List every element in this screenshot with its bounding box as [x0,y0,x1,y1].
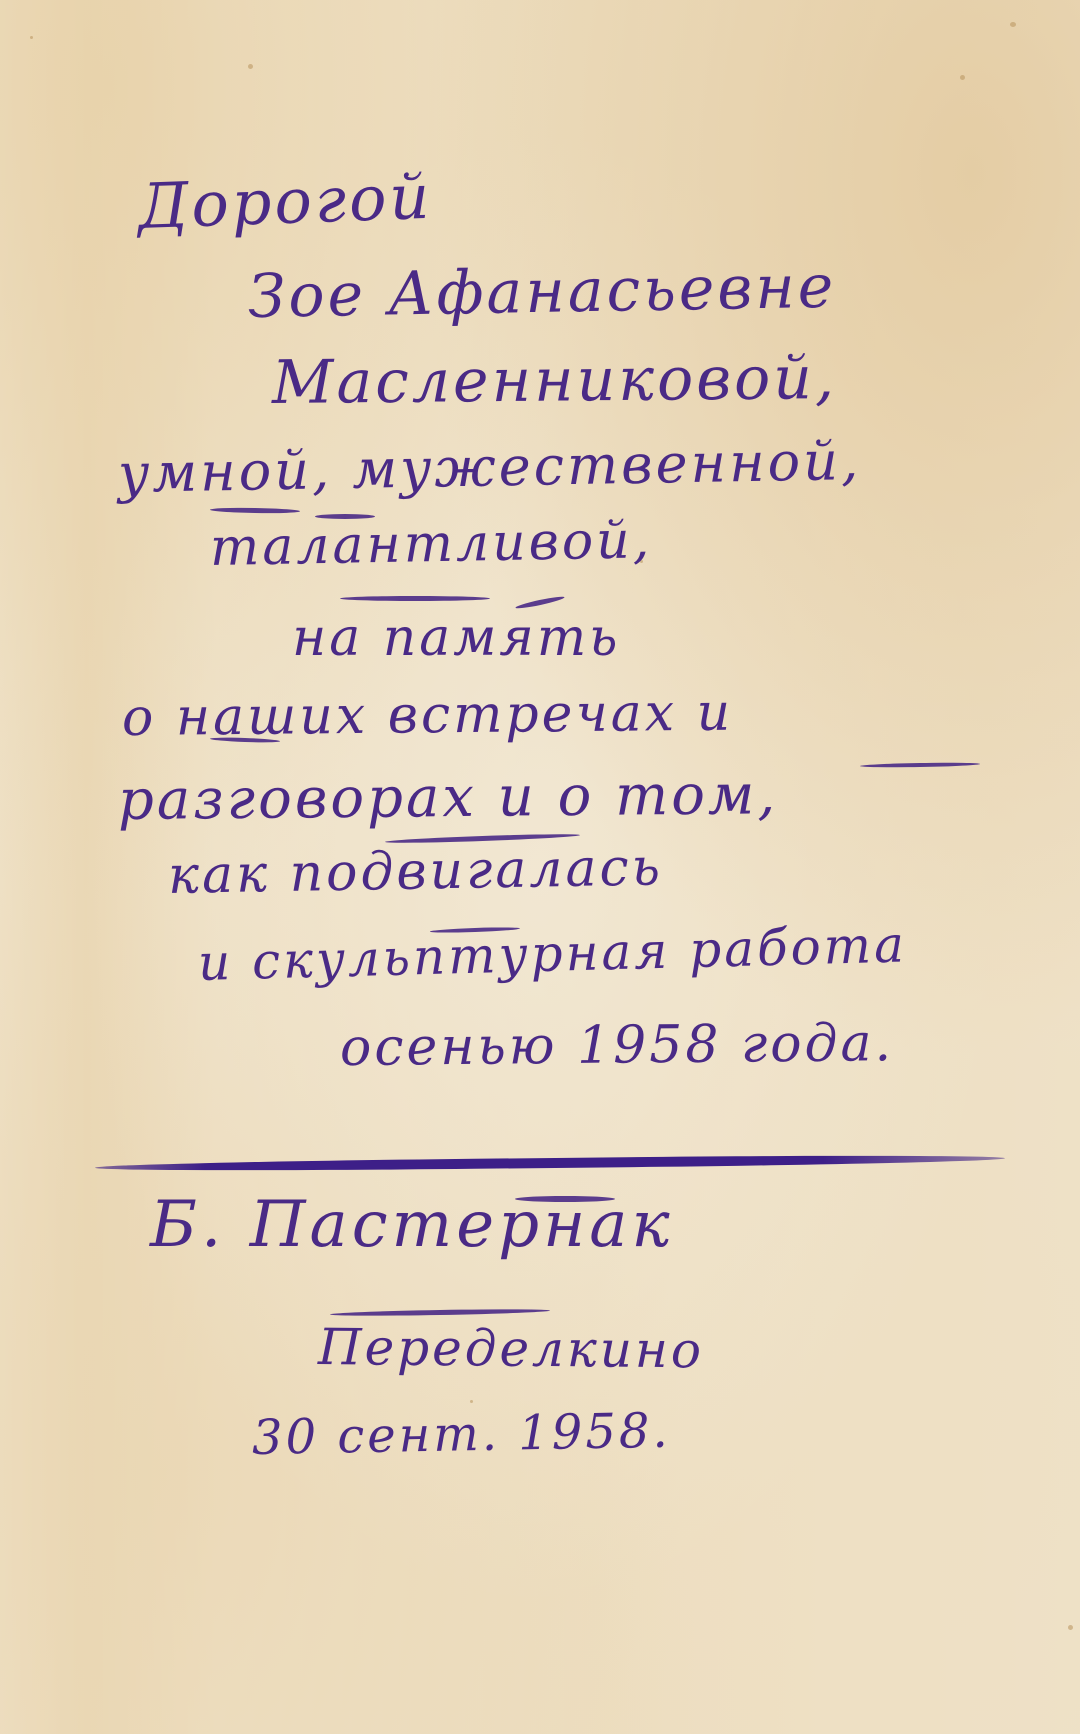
handwritten-inscription-page: Дорогой Зое Афанасьевне Масленниковой, у… [0,0,1080,1734]
inscription-line-4: умной, мужественной, [117,429,861,505]
inscription-line-2: Зое Афанасьевне [247,252,836,332]
signature: Б. Пастернак [150,1188,674,1262]
paper-speck [1010,22,1016,27]
inscription-line-5: талантливой, [209,510,652,578]
date: 30 сент. 1958. [252,1403,672,1466]
inscription-line-1: Дорогой [137,160,434,243]
signature-flourish-bar [95,1153,1005,1173]
inscription-line-8: разговорах и о том, [118,762,779,833]
inscription-line-11: осенью 1958 года. [340,1013,895,1078]
inscription-line-10: и скульптурная работа [197,915,907,992]
place: Переделкино [318,1318,705,1379]
paper-speck [1068,1625,1073,1630]
inscription-line-6: на память [292,608,620,668]
inscription-line-9: как подвигалась [167,837,663,906]
paper-speck [470,1400,473,1403]
letter-overbar [330,1308,550,1317]
letter-overbar [340,596,490,601]
paper-speck [248,64,253,69]
letter-overbar [860,762,980,768]
letter-overbar [210,507,300,514]
paper-speck [30,36,33,39]
paper-speck [960,75,965,80]
inscription-line-3: Масленниковой, [272,343,838,418]
